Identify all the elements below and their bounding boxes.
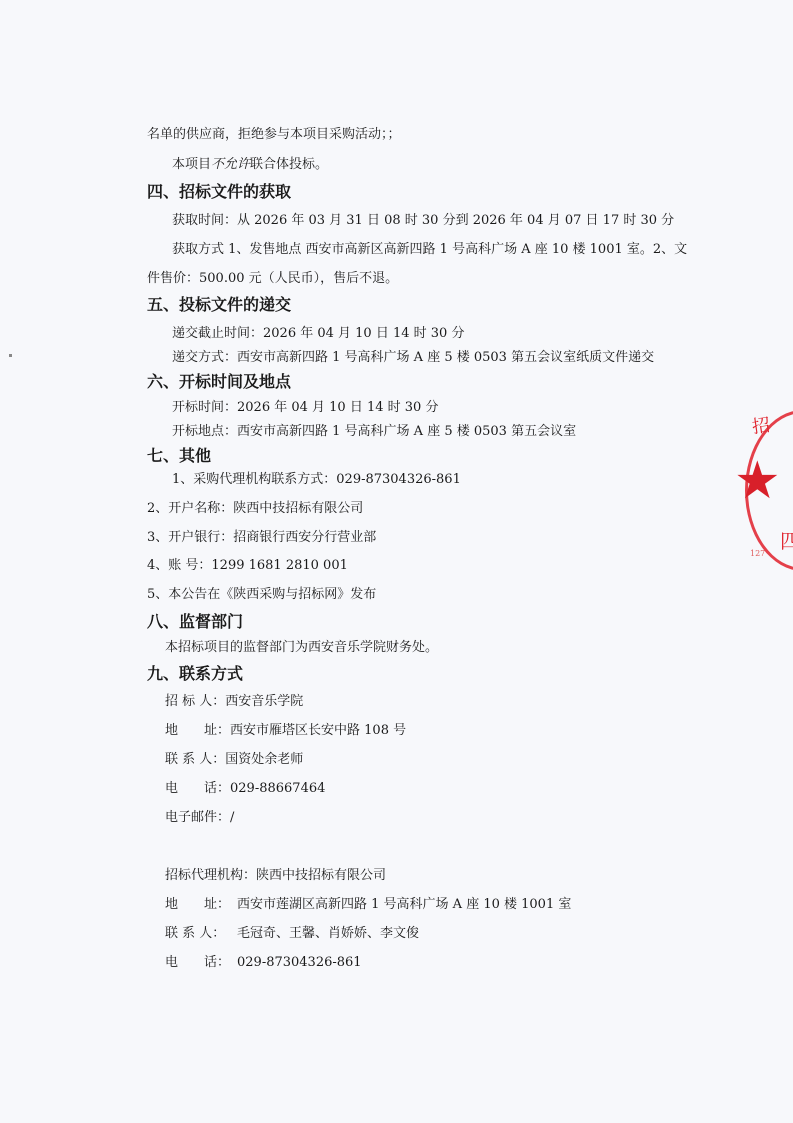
buyer-address-row: 地址：西安市雁塔区长安中路 108 号 bbox=[165, 723, 406, 739]
agency-contact-row: 联 系 人：毛冠奇、王馨、肖娇娇、李文俊 bbox=[165, 926, 419, 942]
supervision-text: 本招标项目的监督部门为西安音乐学院财务处。 bbox=[165, 640, 438, 656]
section-6-heading: 六、开标时间及地点 bbox=[147, 372, 291, 392]
section-4-heading: 四、招标文件的获取 bbox=[147, 182, 291, 202]
other-item-1: 1、采购代理机构联系方式：029-87304326-861 bbox=[172, 472, 461, 488]
buyer-contact-row: 联 系 人：国资处余老师 bbox=[165, 752, 303, 768]
seal-top-text: 招 bbox=[750, 411, 771, 439]
buyer-name-row: 招 标 人：西安音乐学院 bbox=[165, 694, 303, 710]
opening-place: 开标地点：西安市高新四路 1 号高科广场 A 座 5 楼 0503 第五会议室 bbox=[172, 424, 576, 440]
joint-bid-notice: 本项目不允许联合体投标。 bbox=[172, 157, 328, 173]
buyer-email-row: 电子邮件：/ bbox=[165, 810, 234, 826]
document-page: 名单的供应商，拒绝参与本项目采购活动；； 本项目不允许联合体投标。 四、招标文件… bbox=[0, 0, 793, 1123]
seal-number: 127 bbox=[750, 549, 765, 558]
acquire-method-cont: 件售价：500.00 元（人民币），售后不退。 bbox=[147, 271, 398, 287]
seal-star-icon: ★ bbox=[734, 455, 781, 507]
continuation-line: 名单的供应商，拒绝参与本项目采购活动；； bbox=[147, 127, 401, 143]
section-8-heading: 八、监督部门 bbox=[147, 612, 243, 632]
scan-speck bbox=[9, 354, 12, 357]
opening-time: 开标时间：2026 年 04 月 10 日 14 时 30 分 bbox=[172, 400, 438, 416]
submit-deadline: 递交截止时间：2026 年 04 月 10 日 14 时 30 分 bbox=[172, 326, 464, 342]
other-item-4: 4、账 号：1299 1681 2810 001 bbox=[147, 558, 348, 574]
agency-name-row: 招标代理机构：陕西中技招标有限公司 bbox=[165, 868, 386, 884]
seal-bottom-text: 四 bbox=[780, 525, 793, 554]
other-item-5: 5、本公告在《陕西采购与招标网》发布 bbox=[147, 587, 376, 603]
buyer-phone-row: 电话：029-88667464 bbox=[165, 781, 325, 797]
section-7-heading: 七、其他 bbox=[147, 446, 211, 466]
submit-method: 递交方式：西安市高新四路 1 号高科广场 A 座 5 楼 0503 第五会议室纸… bbox=[172, 350, 654, 366]
other-item-3: 3、开户银行：招商银行西安分行营业部 bbox=[147, 530, 376, 546]
not-allowed-emphasis: 不允许 bbox=[211, 157, 250, 172]
section-5-heading: 五、投标文件的递交 bbox=[147, 295, 291, 315]
agency-phone-row: 电话：029-87304326-861 bbox=[165, 955, 362, 971]
acquire-method: 获取方式 1、发售地点 西安市高新区高新四路 1 号高科广场 A 座 10 楼 … bbox=[172, 242, 687, 258]
agency-address-row: 地址：西安市莲湖区高新四路 1 号高科广场 A 座 10 楼 1001 室 bbox=[165, 897, 571, 913]
other-item-2: 2、开户名称：陕西中技招标有限公司 bbox=[147, 501, 363, 517]
section-9-heading: 九、联系方式 bbox=[147, 664, 243, 684]
acquire-time: 获取时间：从 2026 年 03 月 31 日 08 时 30 分到 2026 … bbox=[172, 213, 674, 229]
